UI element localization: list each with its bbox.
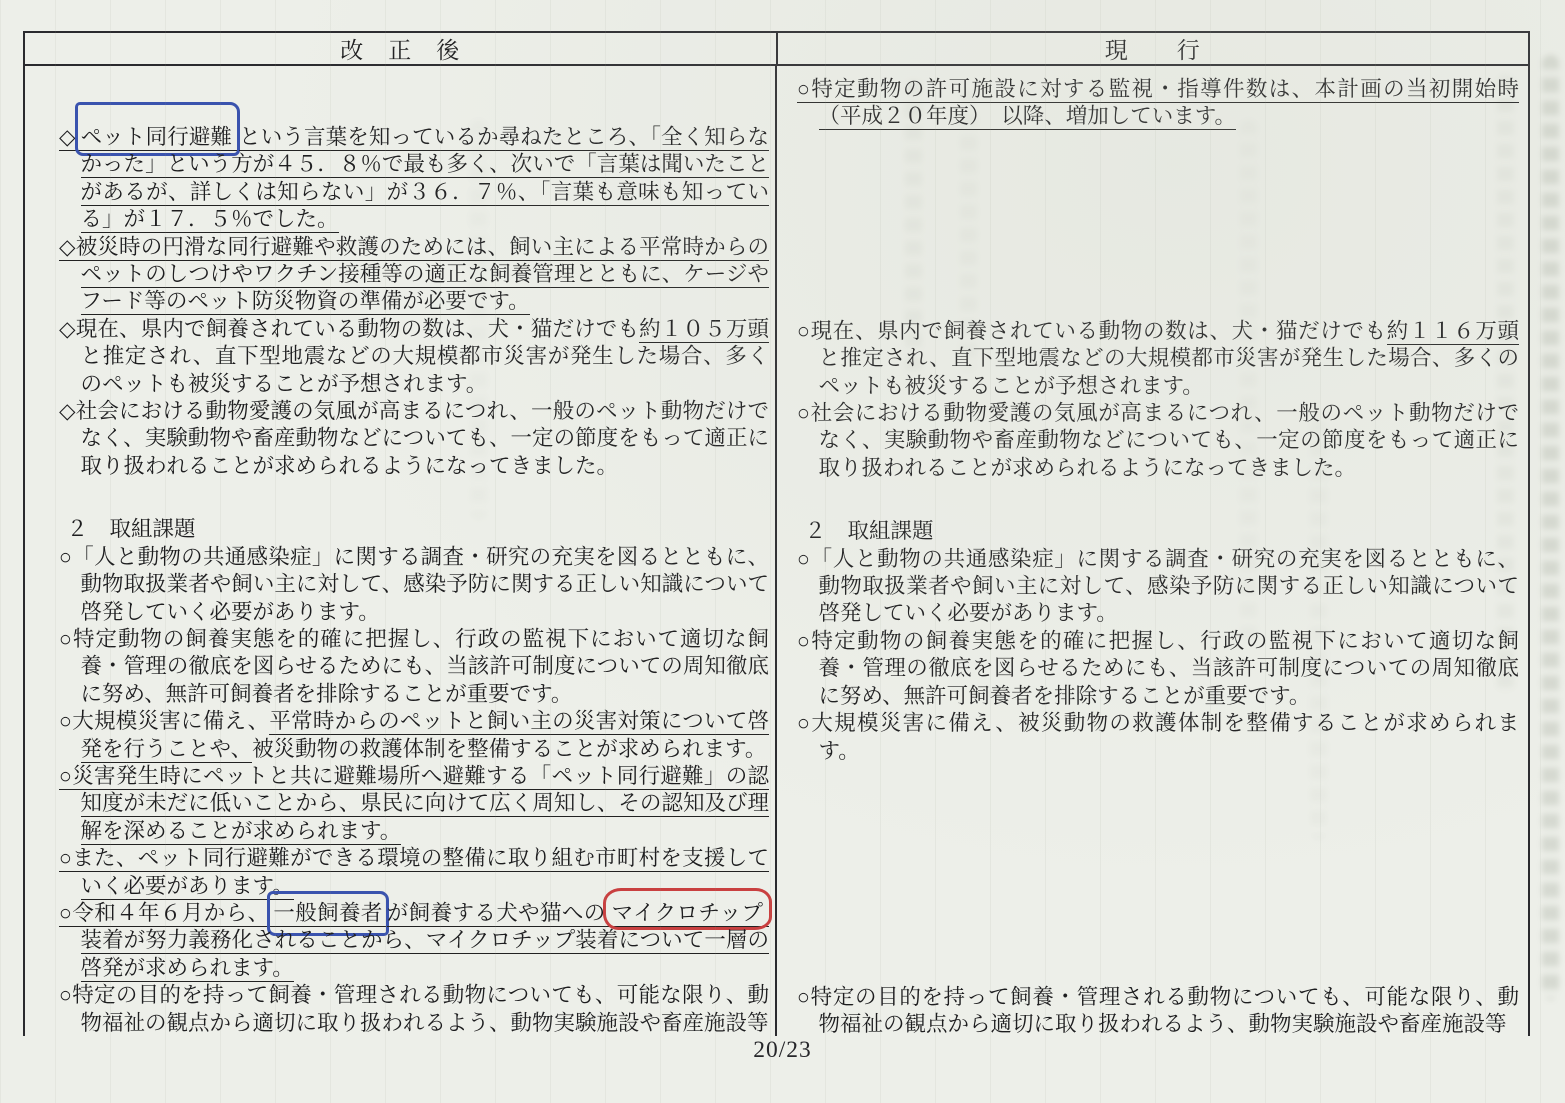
- red-pen-circle-annotation: マイクロチップ: [603, 888, 772, 930]
- circle-bullet: ○: [797, 985, 811, 1009]
- diamond-bullet: ◇: [59, 235, 76, 261]
- column-header-current: 現 行: [778, 33, 1529, 64]
- revised-paragraph-11: ○特定の目的を持って飼養・管理される動物についても、可能な限り、動物福祉の観点か…: [59, 982, 769, 1036]
- text-segment: 約１１６万頭: [1387, 319, 1519, 345]
- circle-bullet: ○: [59, 983, 72, 1007]
- table-body-row: ◇ペット同行避難という言葉を知っているか尋ねたところ、「全く知らなかった」という…: [25, 66, 1528, 1036]
- circle-bullet: ○: [59, 764, 72, 790]
- text-segment: と推定され、直下型地震などの大規模都市災害が発生した場合、多くのペットも被災する…: [819, 346, 1520, 397]
- revised-section-heading: ２ 取組課題: [59, 516, 769, 543]
- circle-bullet: ○: [59, 846, 72, 872]
- text-segment: 大規模災害に備え、被災動物の救護体制を整備することが求められます。: [811, 711, 1519, 762]
- text-segment: 現在、県内で飼養されている動物の数は、犬・猫だけでも: [76, 317, 639, 341]
- text-segment: 社会における動物愛護の気風が高まるにつれ、一般のペット動物だけでなく、実験動物や…: [811, 401, 1519, 480]
- revised-paragraph-5: ○「人と動物の共通感染症」に関する調査・研究の充実を図るとともに、動物取扱業者や…: [59, 544, 769, 626]
- revised-paragraph-6: ○特定動物の飼養実態を的確に把握し、行政の監視下において適切な飼養・管理の徹底を…: [59, 626, 769, 708]
- circle-bullet: ○: [797, 401, 811, 425]
- revised-paragraph-1: ◇ペット同行避難という言葉を知っているか尋ねたところ、「全く知らなかった」という…: [59, 124, 769, 234]
- diamond-bullet: ◇: [59, 399, 76, 423]
- circle-bullet: ○: [797, 711, 811, 735]
- text-segment: 装着が努力義務化されることから、マイクロチップ装着について一層の啓発が求められま…: [81, 928, 770, 981]
- diamond-bullet: ◇: [59, 125, 76, 151]
- revised-paragraph-4: ◇社会における動物愛護の気風が高まるにつれ、一般のペット動物だけでなく、実験動物…: [59, 398, 769, 480]
- spacer: [797, 66, 1519, 76]
- text-segment: 特定の目的を持って飼養・管理される動物についても、可能な限り、動物福祉の観点から…: [811, 985, 1519, 1036]
- current-paragraph-4: ○「人と動物の共通感染症」に関する調査・研究の充実を図るとともに、動物取扱業者や…: [797, 546, 1519, 628]
- table-header-row: 改 正 後 現 行: [25, 33, 1528, 66]
- text-segment: 特定動物の飼養実態を的確に把握し、行政の監視下において適切な飼養・管理の徹底を図…: [811, 629, 1519, 708]
- text-segment: 「人と動物の共通感染症」に関する調査・研究の充実を図るとともに、動物取扱業者や飼…: [811, 547, 1519, 626]
- text-segment: 社会における動物愛護の気風が高まるにつれ、一般のペット動物だけでなく、実験動物や…: [76, 399, 769, 478]
- circle-bullet: ○: [797, 547, 811, 571]
- diamond-bullet: ◇: [59, 317, 76, 341]
- bleedthrough-ghost-text: [1542, 55, 1559, 1000]
- text-segment: 災害発生時にペットと共に避難場所へ避難する「ペット同行避難」の認知度が未だに低い…: [72, 764, 769, 845]
- scanned-document-page: 改 正 後 現 行 ◇ペット同行避難という言葉を知っているか尋ねたところ、「全く…: [0, 0, 1565, 1103]
- text-segment: が飼養する犬や猫への: [387, 901, 606, 927]
- circle-bullet: ○: [59, 901, 72, 927]
- current-paragraph-7: ○特定の目的を持って飼養・管理される動物についても、可能な限り、動物福祉の観点か…: [797, 984, 1519, 1036]
- column-header-revised: 改 正 後: [25, 33, 778, 64]
- page-number: 20/23: [0, 1037, 1565, 1064]
- text-segment: 被災時の円滑な同行避難や救護のためには、飼い主による平常時からのペットのしつけや…: [76, 235, 769, 316]
- circle-bullet: ○: [59, 709, 72, 733]
- spacer: [797, 765, 1519, 984]
- revised-column: ◇ペット同行避難という言葉を知っているか尋ねたところ、「全く知らなかった」という…: [25, 66, 777, 1036]
- current-paragraph-2: ○現在、県内で飼養されている動物の数は、犬・猫だけでも約１１６万頭と推定され、直…: [797, 318, 1519, 400]
- current-paragraph-3: ○社会における動物愛護の気風が高まるにつれ、一般のペット動物だけでなく、実験動物…: [797, 400, 1519, 482]
- revised-paragraph-8: ○災害発生時にペットと共に避難場所へ避難する「ペット同行避難」の認知度が未だに低…: [59, 763, 769, 845]
- text-segment: 特定動物の許可施設に対する監視・指導件数は、本計画の当初開始時（平成２０年度） …: [811, 77, 1519, 130]
- circle-bullet: ○: [59, 627, 73, 651]
- text-segment: 約１０５万頭: [639, 317, 769, 343]
- current-paragraph-5: ○特定動物の飼養実態を的確に把握し、行政の監視下において適切な飼養・管理の徹底を…: [797, 628, 1519, 710]
- circle-bullet: ○: [797, 319, 811, 343]
- circle-bullet: ○: [797, 77, 811, 103]
- revised-paragraph-10: ○令和４年６月から、一般飼養者が飼養する犬や猫へのマイクロチップ装着が努力義務化…: [59, 900, 769, 982]
- revised-paragraph-7: ○大規模災害に備え、平常時からのペットと飼い主の災害対策について啓発を行うことや…: [59, 708, 769, 763]
- text-segment: 現在、県内で飼養されている動物の数は、犬・猫だけでも: [811, 319, 1387, 343]
- current-column: ○特定動物の許可施設に対する監視・指導件数は、本計画の当初開始時（平成２０年度）…: [777, 66, 1528, 1036]
- text-segment: 特定の目的を持って飼養・管理される動物についても、可能な限り、動物福祉の観点から…: [72, 983, 769, 1034]
- current-section-heading: ２ 取組課題: [797, 518, 1519, 545]
- comparison-table: 改 正 後 現 行 ◇ペット同行避難という言葉を知っているか尋ねたところ、「全く…: [23, 31, 1530, 1036]
- text-segment: と推定され、直下型地震などの大規模都市災害が発生した場合、多くのペットも被災する…: [81, 344, 770, 395]
- circle-bullet: ○: [59, 545, 72, 569]
- text-segment: 大規模災害に備え、: [72, 709, 269, 733]
- text-segment: 被災動物の救護体制を整備することが求められます。: [252, 737, 766, 761]
- current-paragraph-6: ○大規模災害に備え、被災動物の救護体制を整備することが求められます。: [797, 710, 1519, 765]
- current-paragraph-1: ○特定動物の許可施設に対する監視・指導件数は、本計画の当初開始時（平成２０年度）…: [797, 76, 1519, 131]
- text-segment: 特定動物の飼養実態を的確に把握し、行政の監視下において適切な飼養・管理の徹底を図…: [73, 627, 769, 706]
- blue-pen-box-annotation: ペット同行避難: [75, 102, 240, 156]
- spacer: [797, 131, 1519, 318]
- revised-paragraph-2: ◇被災時の円滑な同行避難や救護のためには、飼い主による平常時からのペットのしつけ…: [59, 234, 769, 316]
- circle-bullet: ○: [797, 629, 811, 653]
- text-segment: 令和４年６月から、: [72, 901, 269, 927]
- text-segment: 「人と動物の共通感染症」に関する調査・研究の充実を図るとともに、動物取扱業者や飼…: [72, 545, 769, 624]
- revised-paragraph-3: ◇現在、県内で飼養されている動物の数は、犬・猫だけでも約１０５万頭と推定され、直…: [59, 316, 769, 398]
